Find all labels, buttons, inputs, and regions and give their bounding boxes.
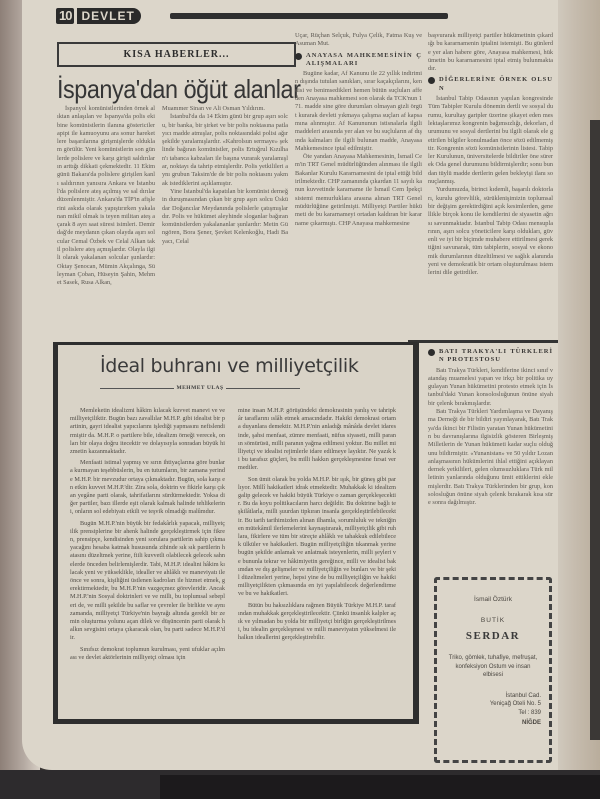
byline-rule [100,388,174,389]
column-rule [408,340,558,343]
paragraph: Menfaati istimal yapmış ve sırın ihtiyaç… [70,459,225,516]
paragraph: Sınıfsız demokrat toplumun kurulması, ye… [70,646,225,662]
ad-address: İstanbul Cad. Yeniçağ Oteli No. 5 Tel : … [445,692,541,718]
paragraph: Bütün bu haksızlıklara rağmen Büyük Türk… [238,602,396,643]
ad-owner: İsmail Öztürk [437,596,549,603]
paragraph: Bugün M.H.P.'nin büyük bir fedakârlık ya… [70,520,225,643]
paragraph: Öte yandan Anayasa Mahkemesinin, İsmail … [295,153,422,228]
paragraph: Bugüne kadar, Af Kanunu ile 22 yıllık in… [295,70,422,153]
adjacent-page-edge [590,120,600,740]
short-news-column-4: başvurarak milliyetçi partiler hükümetin… [428,32,553,342]
ad-type: BUTİK [437,617,549,624]
advertisement-box: İsmail Öztürk BUTİK SERDAR Triko, gömlek… [434,577,552,763]
section-name: DEVLET [77,8,140,24]
paragraph: İstanbul Tabip Odasının yapılan kongresi… [428,95,553,186]
masthead: 10 DEVLET [56,8,141,24]
main-article-box: İdeal buhranı ve milliyetçilik MEHMET UL… [53,342,419,724]
paragraph: Muammer Sinan ve Ali Osman Yıldırım. [162,105,288,113]
paragraph: İspanyol komünistlerinden örnek alıktan … [57,105,155,288]
bullet-icon [428,349,435,356]
headline: İspanya'dan öğüt alanlar [57,74,300,105]
subhead-example: DİĞERLERİNE ÖRNEK OLSUN [428,76,553,93]
bullet-icon [295,53,302,60]
author-name: MEHMET ULAŞ [174,385,225,391]
page-number: 10 [56,8,74,24]
bullet-icon [428,77,435,84]
paragraph: Yurdumuzda, birinci kıdemli, başarılı do… [428,186,553,277]
ad-description: Triko, gömlek, tuhafiye, mefruşat, konfe… [445,654,541,680]
subhead-constitutional-court: ANAYASA MAHKEMESİNİN ÇALIŞMALARI [295,52,422,69]
paragraph: başvurarak milliyetçi partiler hükümetin… [428,32,553,73]
article-column-1: Memleketin idealizmi hâkim kılacak kuvve… [70,407,225,712]
paragraph: mine insan M.H.P. görüşündeki demokrasin… [238,407,396,473]
short-news-column-2: Muammer Sinan ve Ali Osman Yıldırım. İst… [162,105,288,337]
byline: MEHMET ULAŞ [100,385,300,391]
byline-rule [226,388,300,389]
short-news-column-4b: BATI TRAKYA'LI TÜRKLERİN PROTESTOSU Batı… [428,345,553,570]
photo-background-shadow [160,775,600,799]
paragraph: Batı Trakya Türkleri, kendilerine ikinci… [428,367,553,408]
ad-shop-name: SERDAR [437,630,549,642]
paragraph: Batı Trakya Türkleri Yardımlaşma ve Daya… [428,408,553,508]
short-news-column-3: Uçar, Rüçhan Selçuk, Fulya Çelik, Fatma … [295,32,422,335]
masthead-rule [170,13,448,19]
paragraph: İstanbul'da da 14 Ekim günü bir grup aşı… [162,113,288,188]
ad-city: NİĞDE [445,720,541,726]
paragraph: Son ümit olarak bu yolda M.H.P. bir ışık… [238,476,396,599]
short-news-banner: KISA HABERLER... [57,42,296,67]
subhead-western-thrace: BATI TRAKYA'LI TÜRKLERİN PROTESTOSU [428,348,553,365]
article-column-2: mine insan M.H.P. görüşündeki demokrasin… [238,407,396,712]
paragraph: Yine İstanbul'da kapatılan bir komünist … [162,188,288,246]
short-news-column-1: İspanyol komünistlerinden örnek alıktan … [57,105,155,335]
article-title: İdeal buhranı ve milliyetçilik [100,355,359,377]
short-news-label: KISA HABERLER... [123,49,229,60]
paragraph: Memleketin idealizmi hâkim kılacak kuvve… [70,407,225,456]
paragraph: Uçar, Rüçhan Selçuk, Fulya Çelik, Fatma … [295,32,422,49]
